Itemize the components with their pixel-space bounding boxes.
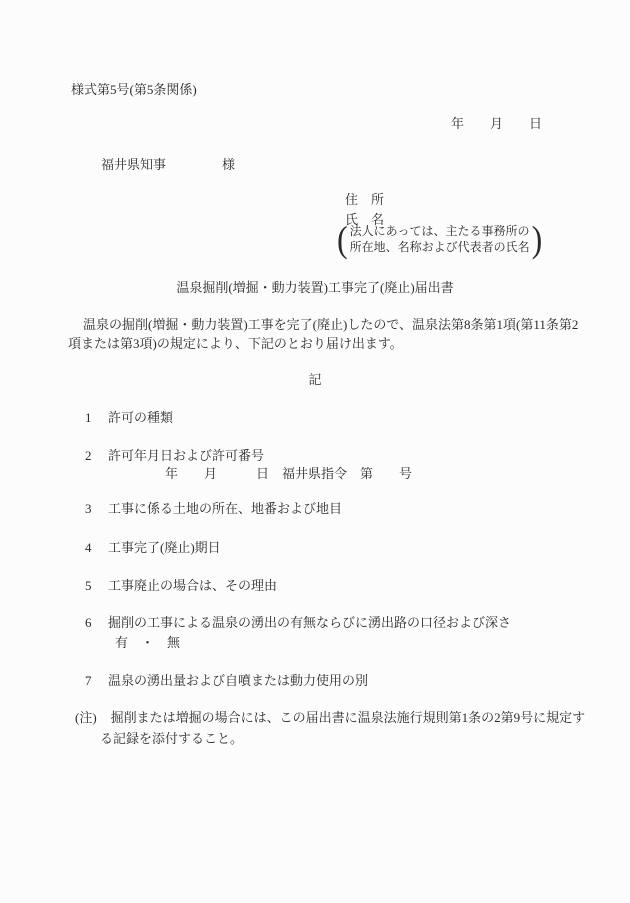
item-3-number: 3 xyxy=(85,499,108,518)
item-5-label: 工事廃止の場合は、その理由 xyxy=(108,578,277,593)
item-1-number: 1 xyxy=(85,408,108,427)
list-item-1: 1許可の種類 xyxy=(85,408,173,427)
corporate-note-line-2: 所在地、名称および代表者の氏名 xyxy=(350,239,530,255)
corporate-note-block: ( 法人にあっては、主たる事務所の 所在地、名称および代表者の氏名 ) xyxy=(337,223,542,255)
item-6-yes-no-choice: 有 ・ 無 xyxy=(115,633,180,652)
list-item-6: 6掘削の工事による温泉の湧出の有無ならびに湧出路の口径および深さ xyxy=(85,613,511,632)
date-line: 年 月 日 xyxy=(451,114,542,133)
bracket-open-glyph: ( xyxy=(337,221,348,258)
addressee-line: 福井県知事 様 xyxy=(101,155,235,174)
item-1-label: 許可の種類 xyxy=(108,410,173,425)
corporate-note-line-1: 法人にあっては、主たる事務所の xyxy=(350,223,530,239)
item-4-number: 4 xyxy=(85,538,108,557)
list-item-2: 2許可年月日および許可番号 xyxy=(85,446,264,465)
addressee-honorific: 様 xyxy=(222,155,235,174)
item-4-label: 工事完了(廃止)期日 xyxy=(108,540,221,555)
list-item-5: 5工事廃止の場合は、その理由 xyxy=(85,576,277,595)
item-7-number: 7 xyxy=(85,671,108,690)
item-3-label: 工事に係る土地の所在、地番および地目 xyxy=(108,501,342,516)
item-2-permit-blank-line: 年 月 日 福井県指令 第 号 xyxy=(165,464,412,483)
note-line-1: (注)掘削または増掘の場合には、この届出書に温泉法施行規則第1条の2第9号に規定… xyxy=(75,708,585,727)
address-label: 住 所 xyxy=(345,190,384,209)
bracket-close-glyph: ) xyxy=(532,221,543,258)
body-line-1: 温泉の掘削(増掘・動力装置)工事を完了(廃止)したので、温泉法第8条第1項(第1… xyxy=(68,315,584,334)
body-line-2: 項または第3項)の規定により、下記のとおり届け出ます。 xyxy=(68,334,584,353)
record-heading: 記 xyxy=(0,370,630,389)
note-label: (注) xyxy=(75,710,97,725)
list-item-7: 7温泉の湧出量および自噴または動力使用の別 xyxy=(85,671,368,690)
corporate-note-text: 法人にあっては、主たる事務所の 所在地、名称および代表者の氏名 xyxy=(350,223,530,255)
addressee-name: 福井県知事 xyxy=(101,155,166,174)
note-text-2: る記録を添付すること。 xyxy=(100,729,243,748)
item-7-label: 温泉の湧出量および自噴または動力使用の別 xyxy=(108,673,368,688)
body-paragraph: 温泉の掘削(増掘・動力装置)工事を完了(廃止)したので、温泉法第8条第1項(第1… xyxy=(68,315,584,353)
item-5-number: 5 xyxy=(85,576,108,595)
document-title: 温泉掘削(増掘・動力装置)工事完了(廃止)届出書 xyxy=(0,278,630,297)
item-2-label: 許可年月日および許可番号 xyxy=(108,448,264,463)
item-6-number: 6 xyxy=(85,613,108,632)
list-item-4: 4工事完了(廃止)期日 xyxy=(85,538,221,557)
form-code: 様式第5号(第5条関係) xyxy=(71,80,197,99)
note-text-1: 掘削または増掘の場合には、この届出書に温泉法施行規則第1条の2第9号に規定す xyxy=(111,710,586,725)
list-item-3: 3工事に係る土地の所在、地番および地目 xyxy=(85,499,342,518)
item-2-number: 2 xyxy=(85,446,108,465)
item-6-label: 掘削の工事による温泉の湧出の有無ならびに湧出路の口径および深さ xyxy=(108,615,511,630)
document-page: 様式第5号(第5条関係) 年 月 日 福井県知事 様 住 所 氏 名 ( 法人に… xyxy=(0,0,630,903)
